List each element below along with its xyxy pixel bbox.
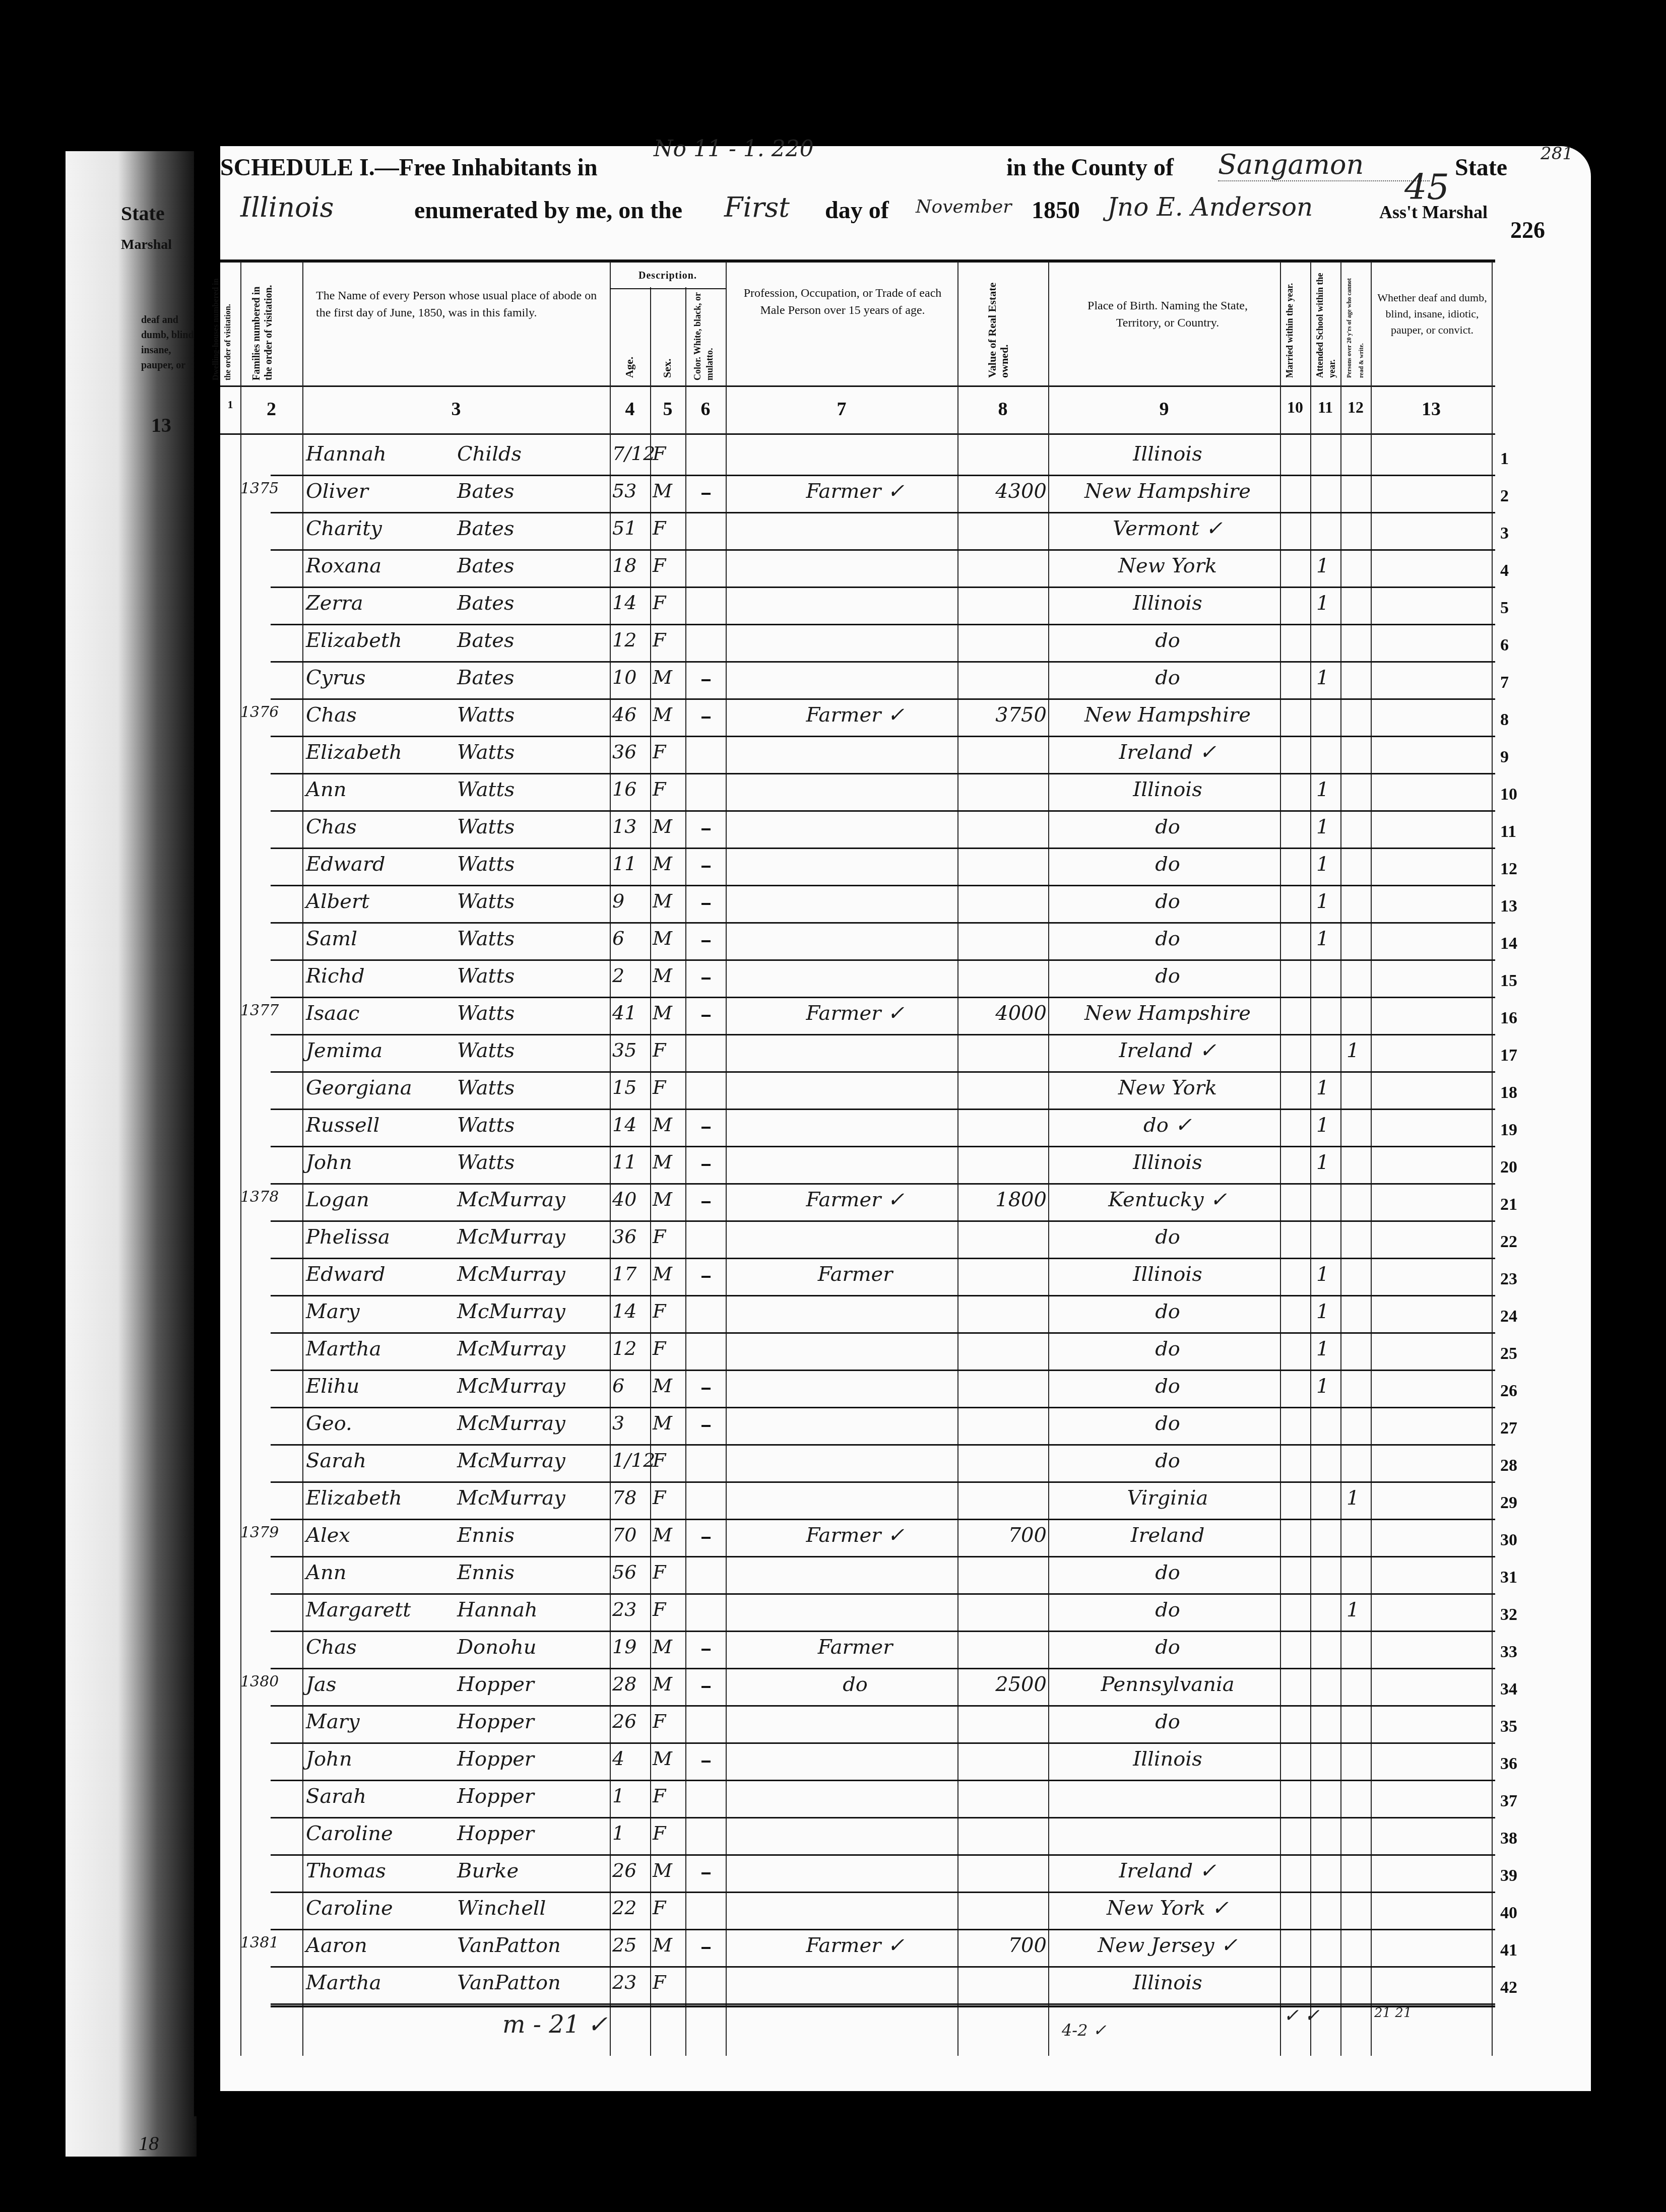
surname: Hannah — [457, 1598, 538, 1621]
line-number: 26 — [1500, 1382, 1517, 1401]
surname: Hopper — [457, 1822, 534, 1845]
occupation: Farmer ✓ — [754, 1524, 956, 1547]
birthplace: Vermont ✓ — [1057, 517, 1278, 540]
description-group-label: Description. — [610, 267, 726, 284]
age: 35 — [612, 1039, 636, 1061]
state-label: State — [1455, 154, 1507, 181]
surname: Watts — [457, 1151, 515, 1174]
dwelling-number: 1378 — [240, 1188, 279, 1206]
census-row: ZerraBates14FIllinois15 — [220, 588, 1530, 625]
occupation: do — [754, 1673, 956, 1696]
sex: F — [653, 1039, 666, 1061]
line-number: 23 — [1500, 1270, 1517, 1289]
birthplace: Illinois — [1057, 1263, 1278, 1286]
given-name: Isaac — [306, 1002, 359, 1025]
real-estate-value: 700 — [961, 1524, 1047, 1547]
line-number: 8 — [1500, 710, 1509, 730]
line-number: 18 — [1500, 1083, 1517, 1102]
age: 14 — [612, 592, 636, 614]
line-number: 7 — [1500, 673, 1509, 692]
given-name: Caroline — [306, 1822, 393, 1845]
dwelling-number: 1377 — [240, 1002, 279, 1019]
line-number: 10 — [1500, 785, 1517, 804]
census-row: ElihuMcMurray6Mdo126 — [220, 1371, 1530, 1408]
given-name: Georgiana — [306, 1076, 412, 1099]
given-name: Jas — [306, 1673, 336, 1696]
birthplace: New Hampshire — [1057, 1002, 1278, 1025]
birthplace: do — [1057, 964, 1278, 988]
surname: Hopper — [457, 1673, 534, 1696]
col2-header: Families numbered in the order of visita… — [250, 275, 296, 380]
age: 11 — [612, 853, 636, 875]
facing-page-marshal-label: Marshal — [121, 237, 172, 253]
birthplace: Kentucky ✓ — [1057, 1188, 1278, 1211]
surname: Watts — [457, 964, 515, 988]
sex: M — [653, 1636, 672, 1658]
birthplace: do — [1057, 629, 1278, 652]
surname: Watts — [457, 853, 515, 876]
given-name: Charity — [306, 517, 382, 540]
column-number-rule — [220, 433, 1495, 435]
birthplace: Ireland — [1057, 1524, 1278, 1547]
sex: M — [653, 480, 672, 502]
given-name: Sarah — [306, 1785, 366, 1808]
facing-page-number: 18 — [139, 2131, 159, 2155]
col6-header: Color. White, black, or mulatto. — [691, 292, 722, 380]
color-mark — [701, 1761, 711, 1763]
census-row: 1381AaronVanPatton25MFarmer ✓700New Jers… — [220, 1930, 1530, 1967]
line-number: 14 — [1500, 934, 1517, 953]
sex: F — [653, 1822, 666, 1844]
birthplace: Ireland ✓ — [1057, 1859, 1278, 1882]
given-name: Jemima — [306, 1039, 382, 1062]
facing-page-col13-number: 13 — [151, 413, 171, 437]
sex: F — [653, 1710, 666, 1732]
county-value: Sangamon — [1218, 149, 1430, 181]
census-row: SarahHopper1F37 — [220, 1781, 1530, 1818]
surname: VanPatton — [457, 1934, 561, 1957]
given-name: Oliver — [306, 480, 368, 503]
given-name: Chas — [306, 815, 357, 838]
facing-page-state-label: State — [121, 202, 165, 225]
occupation: Farmer ✓ — [754, 480, 956, 503]
birthplace: do — [1057, 1375, 1278, 1398]
birthplace: do — [1057, 1636, 1278, 1659]
sex: M — [653, 1114, 672, 1136]
age: 36 — [612, 741, 636, 763]
sex: F — [653, 554, 666, 576]
surname: McMurray — [457, 1412, 565, 1435]
age: 13 — [612, 815, 636, 837]
sex: F — [653, 1225, 666, 1248]
line-number: 42 — [1500, 1978, 1517, 1997]
surname: Burke — [457, 1859, 519, 1882]
age: 2 — [612, 964, 624, 987]
sex: F — [653, 1971, 666, 1993]
book-binding — [194, 151, 220, 2116]
state-value: Illinois — [240, 191, 334, 223]
given-name: Ann — [306, 1561, 346, 1584]
age: 14 — [612, 1114, 636, 1136]
surname: Watts — [457, 927, 515, 950]
birthplace: Ireland ✓ — [1057, 741, 1278, 764]
line-number: 12 — [1500, 860, 1517, 879]
color-mark — [701, 1649, 711, 1651]
age: 46 — [612, 703, 636, 726]
sex: F — [653, 778, 666, 800]
tally-checks: ✓ ✓ — [1284, 2005, 1320, 2026]
birthplace: do — [1057, 1300, 1278, 1323]
surname: Bates — [457, 629, 515, 652]
col3-header: The Name of every Person whose usual pla… — [316, 287, 598, 321]
line-number: 30 — [1500, 1531, 1517, 1550]
attended-school: 1 — [1316, 927, 1329, 950]
age: 26 — [612, 1859, 636, 1881]
real-estate-value: 2500 — [961, 1673, 1047, 1696]
line-number: 24 — [1500, 1307, 1517, 1326]
line-number: 32 — [1500, 1605, 1517, 1624]
given-name: Thomas — [306, 1859, 386, 1882]
age: 19 — [612, 1636, 636, 1658]
census-row: AlbertWatts9Mdo113 — [220, 886, 1530, 923]
col4-number: 4 — [610, 398, 650, 420]
census-row: MarthaVanPatton23FIllinois42 — [220, 1967, 1530, 2004]
census-row: CarolineHopper1F38 — [220, 1818, 1530, 1855]
header-bottom-rule — [220, 385, 1495, 387]
surname: Hopper — [457, 1747, 534, 1771]
given-name: Edward — [306, 853, 386, 876]
line-number: 19 — [1500, 1121, 1517, 1140]
tally-col9: 4-2 ✓ — [1062, 2021, 1107, 2040]
attended-school: 1 — [1316, 1337, 1329, 1360]
line-number: 5 — [1500, 599, 1509, 618]
header-top-rule — [220, 259, 1495, 263]
attended-school: 1 — [1316, 1151, 1329, 1174]
census-page: No 11 - 1. 220 281 SCHEDULE I.—Free Inha… — [220, 146, 1591, 2091]
occupation: Farmer ✓ — [754, 703, 956, 727]
col3-number: 3 — [302, 398, 610, 420]
sex: M — [653, 1263, 672, 1285]
line-number: 34 — [1500, 1680, 1517, 1699]
attended-school: 1 — [1316, 1114, 1329, 1137]
sex: M — [653, 1934, 672, 1956]
facing-page-col13-header: deaf and dumb, blind, insane, pauper, or — [141, 312, 197, 373]
census-row: CyrusBates10Mdo17 — [220, 662, 1530, 699]
line-number: 39 — [1500, 1866, 1517, 1885]
surname: Bates — [457, 517, 515, 540]
given-name: Cyrus — [306, 666, 366, 689]
col13-number: 13 — [1371, 398, 1492, 420]
age: 51 — [612, 517, 636, 539]
surname: McMurray — [457, 1225, 565, 1249]
given-name: Aaron — [306, 1934, 367, 1957]
age: 41 — [612, 1002, 636, 1024]
age: 12 — [612, 1337, 636, 1359]
sex: M — [653, 964, 672, 987]
occupation: Farmer ✓ — [754, 1188, 956, 1211]
color-mark — [701, 1201, 711, 1203]
year: 1850 — [1032, 197, 1080, 224]
census-row: 1378LoganMcMurray40MFarmer ✓1800Kentucky… — [220, 1184, 1530, 1221]
line-number: 31 — [1500, 1568, 1517, 1587]
line-number: 17 — [1500, 1046, 1517, 1065]
age: 26 — [612, 1710, 636, 1732]
col10-number: 10 — [1280, 398, 1310, 417]
description-group-rule — [610, 288, 726, 289]
attended-school: 1 — [1316, 1263, 1329, 1286]
census-row: SarahMcMurray1/12Fdo28 — [220, 1445, 1530, 1482]
age: 28 — [612, 1673, 636, 1695]
col8-header: Value of Real Estate owned. — [986, 272, 1016, 378]
census-row: HannahChilds7/12FIllinois1 — [220, 438, 1530, 476]
age: 17 — [612, 1263, 636, 1285]
color-mark — [701, 903, 711, 905]
line-number: 15 — [1500, 971, 1517, 991]
given-name: Margarett — [306, 1598, 411, 1621]
line-number: 9 — [1500, 748, 1509, 767]
surname: Watts — [457, 815, 515, 838]
birthplace: do ✓ — [1057, 1114, 1278, 1137]
age: 23 — [612, 1598, 636, 1620]
age: 18 — [612, 554, 636, 576]
census-row: CarolineWinchell22FNew York ✓40 — [220, 1893, 1530, 1930]
surname: Watts — [457, 1002, 515, 1025]
sex: M — [653, 1859, 672, 1881]
color-mark — [701, 1425, 711, 1427]
surname: Winchell — [457, 1897, 546, 1920]
census-row: GeorgianaWatts15FNew York118 — [220, 1072, 1530, 1110]
col10-header: Married within the year. — [1284, 272, 1307, 378]
birthplace: do — [1057, 1710, 1278, 1733]
surname: Hopper — [457, 1710, 534, 1733]
schedule-title: SCHEDULE I.—Free Inhabitants in — [220, 154, 598, 181]
surname: McMurray — [457, 1449, 565, 1472]
given-name: Zerra — [306, 592, 363, 615]
row-rule — [271, 2003, 1495, 2005]
line-number: 2 — [1500, 487, 1509, 506]
birthplace: do — [1057, 1412, 1278, 1435]
given-name: Ann — [306, 778, 346, 801]
given-name: Alex — [306, 1524, 350, 1547]
real-estate-value: 1800 — [961, 1188, 1047, 1211]
dwelling-number: 1379 — [240, 1524, 279, 1541]
surname: Watts — [457, 1114, 515, 1137]
stamped-page-number: 281 — [1541, 144, 1573, 164]
surname: Watts — [457, 1039, 515, 1062]
sex: M — [653, 1375, 672, 1397]
col12-number: 12 — [1340, 398, 1371, 417]
census-row: 1375OliverBates53MFarmer ✓4300New Hampsh… — [220, 476, 1530, 513]
census-row: Geo.McMurray3Mdo27 — [220, 1408, 1530, 1445]
real-estate-value: 700 — [961, 1934, 1047, 1957]
color-mark — [701, 978, 711, 980]
surname: Watts — [457, 890, 515, 913]
birthplace: do — [1057, 815, 1278, 838]
dwelling-number: 1375 — [240, 480, 279, 497]
line-number: 41 — [1500, 1941, 1517, 1960]
birthplace: do — [1057, 666, 1278, 689]
col7-number: 7 — [726, 398, 957, 420]
line-number: 38 — [1500, 1829, 1517, 1848]
surname: Watts — [457, 778, 515, 801]
age: 14 — [612, 1300, 636, 1322]
archive-annotation: No 11 - 1. 220 — [654, 136, 814, 162]
sex: F — [653, 517, 666, 539]
occupation: Farmer ✓ — [754, 1934, 956, 1957]
birthplace: New York ✓ — [1057, 1897, 1278, 1920]
col4-header: Age. — [623, 348, 635, 378]
birthplace: do — [1057, 890, 1278, 913]
census-row: MargarettHannah23Fdo132 — [220, 1594, 1530, 1632]
sex: M — [653, 1747, 672, 1770]
given-name: Geo. — [306, 1412, 352, 1435]
age: 78 — [612, 1486, 636, 1509]
age: 12 — [612, 629, 636, 651]
census-row: 1376ChasWatts46MFarmer ✓3750New Hampshir… — [220, 699, 1530, 737]
given-name: Caroline — [306, 1897, 393, 1920]
line-number: 33 — [1500, 1643, 1517, 1662]
sex: M — [653, 1002, 672, 1024]
col5-number: 5 — [650, 398, 685, 420]
given-name: John — [306, 1747, 352, 1771]
surname: Ennis — [457, 1561, 515, 1584]
census-row: PhelissaMcMurray36Fdo22 — [220, 1221, 1530, 1259]
sex: M — [653, 890, 672, 912]
enumerated-label: enumerated by me, on the — [414, 197, 682, 224]
census-row: ChasDonohu19MFarmerdo33 — [220, 1632, 1530, 1669]
census-row: MarthaMcMurray12Fdo125 — [220, 1333, 1530, 1371]
age: 36 — [612, 1225, 636, 1248]
color-mark — [701, 1537, 711, 1539]
census-row: ElizabethWatts36FIreland ✓9 — [220, 737, 1530, 774]
birthplace: New Hampshire — [1057, 480, 1278, 503]
surname: Watts — [457, 741, 515, 764]
occupation: Farmer — [754, 1636, 956, 1659]
col7-header: Profession, Occupation, or Trade of each… — [734, 285, 951, 319]
given-name: Phelissa — [306, 1225, 390, 1249]
age: 4 — [612, 1747, 624, 1770]
sex: M — [653, 666, 672, 688]
birthplace: New York — [1057, 1076, 1278, 1099]
sex: F — [653, 1300, 666, 1322]
line-number: 40 — [1500, 1904, 1517, 1923]
given-name: Martha — [306, 1971, 381, 1994]
birthplace: Illinois — [1057, 1747, 1278, 1771]
col6-number: 6 — [685, 398, 726, 420]
birthplace: New Hampshire — [1057, 703, 1278, 727]
surname: McMurray — [457, 1375, 565, 1398]
sex: F — [653, 1561, 666, 1583]
surname: Bates — [457, 480, 515, 503]
given-name: Chas — [306, 703, 357, 727]
attended-school: 1 — [1316, 778, 1329, 801]
col9-number: 9 — [1048, 398, 1280, 420]
county-label: in the County of — [1006, 154, 1174, 181]
line-number: 4 — [1500, 561, 1509, 580]
given-name: Elizabeth — [306, 629, 402, 652]
line-number: 13 — [1500, 897, 1517, 916]
tally-totals: 21 21 — [1374, 2005, 1412, 2021]
birthplace: Illinois — [1057, 592, 1278, 615]
age: 1 — [612, 1785, 624, 1807]
birthplace: do — [1057, 1337, 1278, 1360]
line-number: 22 — [1500, 1232, 1517, 1252]
birthplace: Illinois — [1057, 1971, 1278, 1994]
assistant-marshal-label: Ass't Marshal — [1379, 202, 1488, 223]
attended-school: 1 — [1316, 666, 1329, 689]
census-row: 1377IsaacWatts41MFarmer ✓4000New Hampshi… — [220, 998, 1530, 1035]
given-name: John — [306, 1151, 352, 1174]
given-name: Sarah — [306, 1449, 366, 1472]
dwelling-number: 1381 — [240, 1934, 279, 1951]
birthplace: do — [1057, 1225, 1278, 1249]
census-row: JemimaWatts35FIreland ✓117 — [220, 1035, 1530, 1072]
attended-school: 1 — [1316, 853, 1329, 876]
age: 11 — [612, 1151, 636, 1173]
age: 1/12 — [612, 1449, 655, 1471]
line-number: 21 — [1500, 1195, 1517, 1214]
line-number: 1 — [1500, 449, 1509, 469]
assistant-marshal-name: Jno E. Anderson — [1107, 192, 1313, 222]
color-mark — [701, 717, 711, 719]
cannot-read-write: 1 — [1347, 1598, 1359, 1621]
surname: Hopper — [457, 1785, 534, 1808]
census-row: RussellWatts14Mdo ✓119 — [220, 1110, 1530, 1147]
day-of-label: day of — [825, 197, 889, 224]
age: 7/12 — [612, 442, 655, 465]
surname: VanPatton — [457, 1971, 561, 1994]
col13-header: Whether deaf and dumb, blind, insane, id… — [1374, 290, 1490, 338]
line-number: 27 — [1500, 1419, 1517, 1438]
line-number: 29 — [1500, 1493, 1517, 1513]
age: 6 — [612, 927, 624, 949]
census-row: MaryMcMurray14Fdo124 — [220, 1296, 1530, 1333]
attended-school: 1 — [1316, 815, 1329, 838]
census-row: EdwardMcMurray17MFarmerIllinois123 — [220, 1259, 1530, 1296]
census-row: ElizabethMcMurray78FVirginia129 — [220, 1482, 1530, 1520]
given-name: Mary — [306, 1710, 360, 1733]
line-number: 6 — [1500, 636, 1509, 655]
surname: Bates — [457, 666, 515, 689]
color-mark — [701, 1127, 711, 1129]
dwelling-number: 1376 — [240, 703, 279, 721]
color-mark — [701, 866, 711, 868]
color-mark — [701, 1164, 711, 1166]
sex: F — [653, 741, 666, 763]
dwelling-number: 1380 — [240, 1673, 279, 1690]
given-name: Hannah — [306, 442, 387, 466]
sex: M — [653, 815, 672, 837]
sex: F — [653, 1598, 666, 1620]
census-row: EdwardWatts11Mdo112 — [220, 849, 1530, 886]
age: 9 — [612, 890, 624, 912]
surname: McMurray — [457, 1188, 565, 1211]
tally-males: m - 21 ✓ — [502, 2010, 608, 2039]
col11-number: 11 — [1310, 398, 1340, 417]
color-mark — [701, 828, 711, 830]
birthplace: Illinois — [1057, 1151, 1278, 1174]
color-mark — [701, 1015, 711, 1017]
surname: McMurray — [457, 1263, 565, 1286]
col2-number: 2 — [240, 398, 302, 420]
census-row: 1380JasHopper28Mdo2500Pennsylvania34 — [220, 1669, 1530, 1706]
birthplace: Pennsylvania — [1057, 1673, 1278, 1696]
given-name: Elihu — [306, 1375, 359, 1398]
given-name: Martha — [306, 1337, 381, 1360]
line-number: 35 — [1500, 1717, 1517, 1736]
given-name: Chas — [306, 1636, 357, 1659]
sex: F — [653, 442, 666, 465]
